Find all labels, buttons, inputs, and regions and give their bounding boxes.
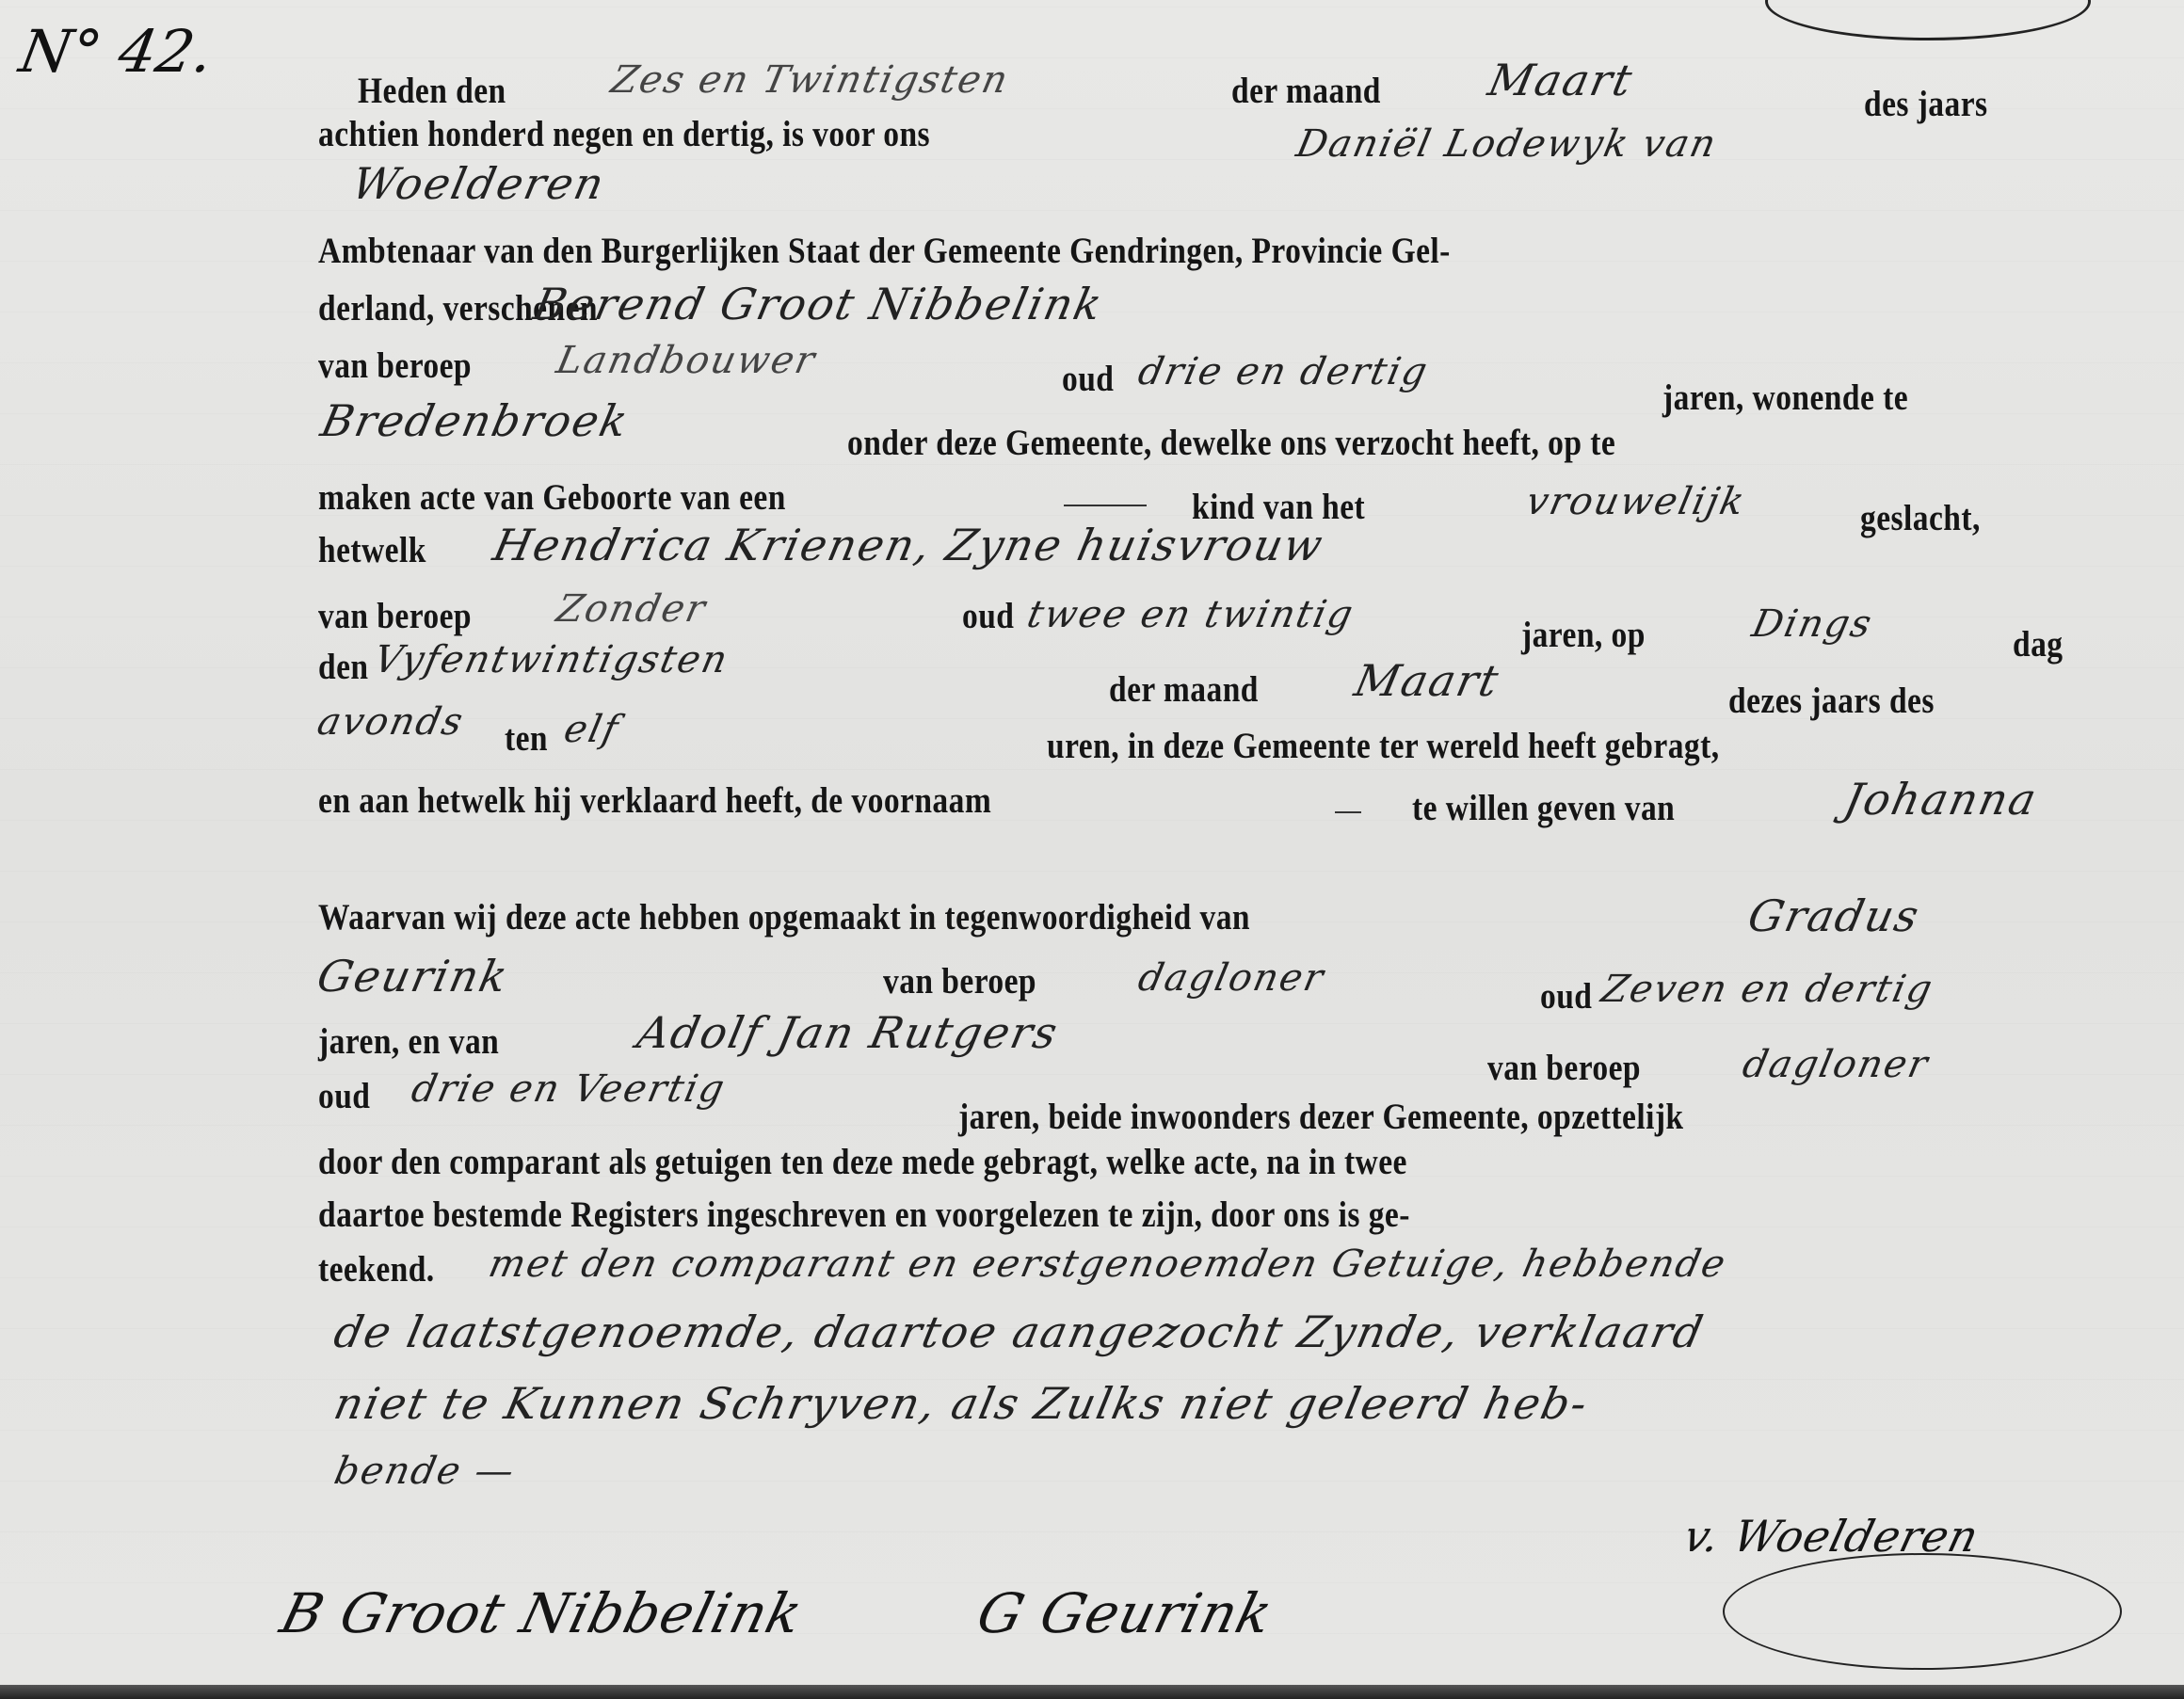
handwritten-official-name-1: Daniël Lodewyk van	[1293, 122, 1721, 166]
line-7c: geslacht,	[1860, 497, 2000, 540]
printed-text: daartoe bestemde Registers ingeschreven …	[318, 1194, 1410, 1237]
handwritten-mother-name: Hendrica Krienen, Zyne huisvrouw	[489, 520, 1328, 570]
handwritten-declarant-name: Berend Groot Nibbelink	[529, 279, 1108, 329]
handwritten-witness1-occupation: dagloner	[1134, 956, 1328, 1000]
printed-text: te willen geven van	[1412, 787, 1675, 830]
line-8: hetwelk	[318, 529, 444, 572]
handwritten-month: Maart	[1484, 55, 1638, 105]
signature-witness1: G Geurink	[972, 1581, 1280, 1645]
line-11b: uren, in deze Gemeente ter wereld heeft …	[1047, 725, 1829, 768]
line-13: Waarvan wij deze acte hebben opgemaakt i…	[318, 896, 1402, 939]
line-10b: der maand	[1109, 668, 1283, 712]
printed-text: oud	[318, 1075, 370, 1118]
line-16: oud	[318, 1075, 378, 1118]
line-5: van beroep	[318, 345, 497, 388]
printed-text: geslacht,	[1860, 497, 1981, 540]
line-1b: der maand	[1231, 70, 1405, 113]
handwritten-closing-2: de laatstgenoemde, daartoe aangezocht Zy…	[329, 1306, 1709, 1357]
printed-text: der maand	[1231, 70, 1381, 113]
handwritten-official-name-2: Woelderen	[347, 158, 610, 209]
line-7: maken acte van Geboorte van een	[318, 476, 862, 520]
line-5b: oud	[1062, 358, 1122, 401]
line-9b: oud	[962, 595, 1022, 638]
printed-text: oud	[962, 595, 1014, 638]
line-19: teekend.	[318, 1248, 454, 1291]
printed-text: uren, in deze Gemeente ter wereld heeft …	[1047, 725, 1720, 768]
line-5c: jaren, wonende te	[1662, 377, 1949, 420]
handwritten-mother-age: twee en twintig	[1023, 593, 1358, 636]
printed-text: ten	[505, 717, 548, 761]
printed-text: door den comparant als getuigen ten deze…	[318, 1141, 1407, 1184]
printed-text: achtien honderd negen en dertig, is voor…	[318, 113, 930, 156]
line-11: ten	[505, 717, 555, 761]
printed-text: van beroep	[1487, 1047, 1641, 1090]
printed-text: jaren, beide inwoonders dezer Gemeente, …	[958, 1096, 1684, 1139]
printed-text: jaren, op	[1521, 614, 1646, 657]
handwritten-declarant-age: drie en dertig	[1134, 350, 1433, 393]
printed-text: van beroep	[883, 960, 1036, 1003]
handwritten-child-sex: vrouwelijk	[1522, 480, 1749, 523]
line-10: den	[318, 646, 377, 689]
printed-text: hetwelk	[318, 529, 426, 572]
signature-official-flourish	[1723, 1553, 2122, 1670]
line-1c: des jaars	[1864, 83, 2008, 126]
handwritten-witness2-age: drie en Veertig	[408, 1067, 730, 1111]
line-12b: te willen geven van	[1412, 787, 1718, 830]
line-15: jaren, en van	[318, 1020, 529, 1064]
printed-text: oud	[1540, 975, 1592, 1018]
handwritten-witness2-occupation: dagloner	[1739, 1043, 1933, 1086]
printed-text: dezes jaars des	[1728, 680, 1935, 723]
line-9c: jaren, op	[1521, 614, 1665, 657]
printed-text: jaren, wonende te	[1662, 377, 1908, 420]
handwritten-mother-occupation: Zonder	[553, 587, 711, 631]
given-name-dash	[1335, 811, 1361, 813]
line-17: door den comparant als getuigen ten deze…	[318, 1141, 1584, 1184]
line-14: van beroep	[883, 960, 1062, 1003]
line-3: Ambtenaar van den Burgerlijken Staat der…	[318, 230, 1635, 273]
printed-text: der maand	[1109, 668, 1259, 712]
handwritten-birth-weekday: Dings	[1748, 602, 1877, 646]
printed-text: des jaars	[1864, 83, 1987, 126]
line-18: daartoe bestemde Registers ingeschreven …	[318, 1194, 1588, 1237]
signature-declarant: B Groot Nibbelink	[275, 1581, 810, 1645]
printed-text: maken acte van Geboorte van een	[318, 476, 786, 520]
scan-edge	[0, 1685, 2184, 1699]
handwritten-birth-month: Maart	[1350, 655, 1504, 706]
handwritten-witness1-first-name: Gradus	[1743, 890, 1924, 941]
line-2: achtien honderd negen en dertig, is voor…	[318, 113, 1030, 156]
printed-text: onder deze Gemeente, dewelke ons verzoch…	[847, 422, 1615, 465]
line-12: en aan hetwelk hij verklaard heeft, de v…	[318, 779, 1101, 823]
printed-text: Waarvan wij deze acte hebben opgemaakt i…	[318, 896, 1250, 939]
handwritten-witness1-age: Zeven en dertig	[1598, 968, 1937, 1011]
printed-text: Ambtenaar van den Burgerlijken Staat der…	[318, 230, 1451, 273]
printed-text: den	[318, 646, 368, 689]
line-14b: oud	[1540, 975, 1600, 1018]
printed-text: oud	[1062, 358, 1114, 401]
act-number: N° 42.	[15, 17, 218, 86]
child-count-dash	[1064, 505, 1147, 506]
printed-text: van beroep	[318, 345, 472, 388]
line-9d: dag	[2013, 623, 2071, 666]
handwritten-closing-3: niet te Kunnen Schryven, als Zulks niet …	[329, 1378, 1593, 1429]
printed-text: van beroep	[318, 595, 472, 638]
handwritten-birth-hour: elf	[560, 708, 623, 751]
handwritten-declarant-occupation: Landbouwer	[553, 339, 820, 382]
handwritten-given-name: Johanna	[1839, 774, 2042, 825]
handwritten-birth-day: Vyfentwintigsten	[370, 638, 732, 681]
printed-text: Heden den	[358, 70, 506, 113]
line-9: van beroep	[318, 595, 497, 638]
handwritten-witness2-name: Adolf Jan Rutgers	[633, 1007, 1063, 1058]
line-16b: jaren, beide inwoonders dezer Gemeente, …	[958, 1096, 1802, 1139]
line-10c: dezes jaars des	[1728, 680, 1967, 723]
line-6: onder deze Gemeente, dewelke ons verzoch…	[847, 422, 1741, 465]
handwritten-closing-1: met den comparant en eerstgenoemden Getu…	[485, 1242, 1730, 1286]
handwritten-birth-time-of-day: avonds	[313, 700, 468, 744]
printed-text: teekend.	[318, 1248, 435, 1291]
printed-text: en aan hetwelk hij verklaard heeft, de v…	[318, 779, 991, 823]
line-1: Heden den	[358, 70, 530, 113]
printed-text: jaren, en van	[318, 1020, 499, 1064]
handwritten-witness1-last-name: Geurink	[313, 951, 513, 1002]
printed-text: dag	[2013, 623, 2063, 666]
handwritten-declarant-residence: Bredenbroek	[316, 395, 634, 446]
line-15b: van beroep	[1487, 1047, 1666, 1090]
handwritten-closing-4: bende —	[330, 1450, 520, 1493]
handwritten-day: Zes en Twintigsten	[607, 58, 1013, 102]
